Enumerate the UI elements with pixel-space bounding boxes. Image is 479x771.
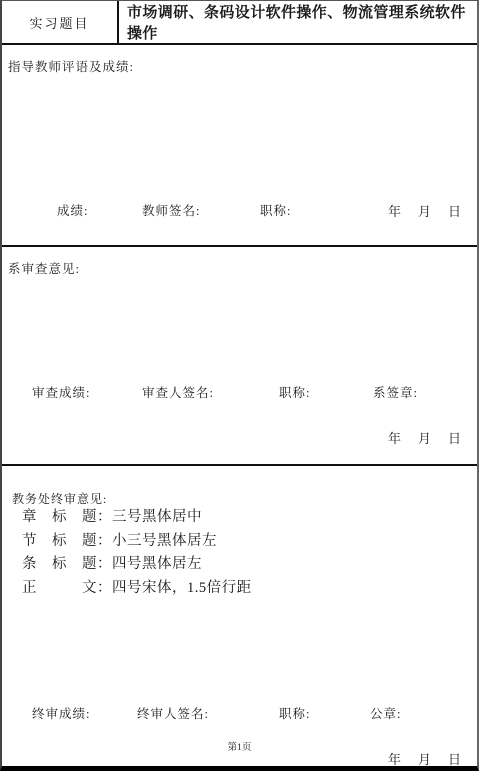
topic-label: 实习题目 xyxy=(29,13,89,32)
instructor-heading: 指导教师评语及成绩: xyxy=(8,57,134,75)
department-section: 系审查意见: 审查成绩: 审查人签名: 职称: 系签章: 年 月 日 xyxy=(2,247,477,466)
academic-date-line: 年 月 日 xyxy=(388,749,463,768)
topic-label-cell: 实习题目 xyxy=(2,1,119,43)
academic-signature-label: 终审人签名: xyxy=(137,704,209,722)
academic-score-label: 终审成绩: xyxy=(32,704,90,722)
format-line-chapter: 章 标 题：三号黑体居中 xyxy=(22,506,467,530)
academic-sign-row: 终审成绩: 终审人签名: 职称: 公章: xyxy=(2,704,477,722)
department-signature-label: 审查人签名: xyxy=(142,383,214,401)
topic-header-row: 实习题目 市场调研、条码设计软件操作、物流管理系统软件操作 xyxy=(2,1,477,45)
instructor-score-label: 成绩: xyxy=(57,201,88,219)
format-line-section: 节 标 题：小三号黑体居左 xyxy=(22,530,467,554)
department-seal-label: 系签章: xyxy=(373,383,418,401)
academic-seal-label: 公章: xyxy=(370,704,401,722)
department-score-label: 审查成绩: xyxy=(32,383,90,401)
instructor-date-line: 年 月 日 xyxy=(388,201,463,220)
department-title-label: 职称: xyxy=(279,383,310,401)
format-line-body: 正 文：四号宋体，1.5倍行距 xyxy=(22,577,467,601)
academic-heading: 教务处终审意见: xyxy=(12,490,107,507)
instructor-signature-label: 教师签名: xyxy=(142,201,200,219)
instructor-title-label: 职称: xyxy=(260,201,291,219)
academic-title-label: 职称: xyxy=(279,704,310,722)
topic-title-cell: 市场调研、条码设计软件操作、物流管理系统软件操作 xyxy=(119,1,477,43)
department-date-line: 年 月 日 xyxy=(388,428,463,447)
format-line-article: 条 标 题：四号黑体居左 xyxy=(22,553,467,577)
topic-title: 市场调研、条码设计软件操作、物流管理系统软件操作 xyxy=(127,1,477,43)
instructor-section: 指导教师评语及成绩: 成绩: 教师签名: 职称: 年 月 日 xyxy=(2,45,477,247)
academic-section: 教务处终审意见: 章 标 题：三号黑体居中 节 标 题：小三号黑体居左 条 标 … xyxy=(2,466,477,767)
evaluation-form-page: 实习题目 市场调研、条码设计软件操作、物流管理系统软件操作 指导教师评语及成绩:… xyxy=(0,0,479,771)
department-heading: 系审查意见: xyxy=(8,259,80,277)
format-spec-lines: 章 标 题：三号黑体居中 节 标 题：小三号黑体居左 条 标 题：四号黑体居左 … xyxy=(22,506,467,600)
department-sign-row: 审查成绩: 审查人签名: 职称: 系签章: xyxy=(2,383,477,401)
